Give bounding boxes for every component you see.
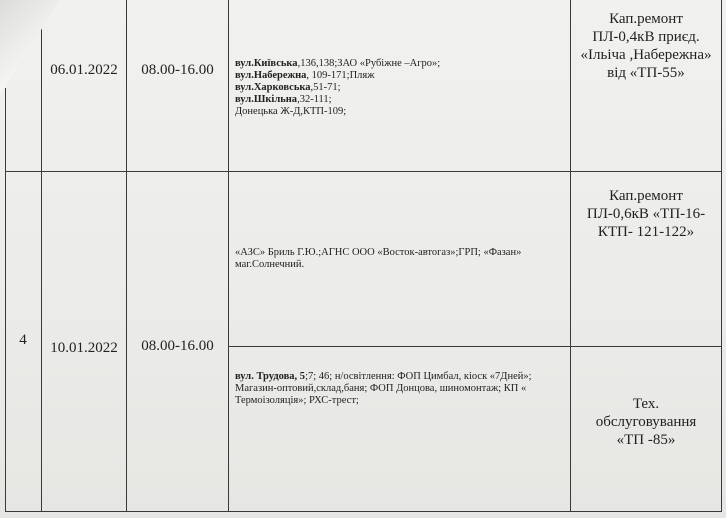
row-1-time: 08.00-16.00	[127, 0, 228, 140]
table-border-right	[721, 0, 722, 512]
work-line: обслуговування	[596, 413, 697, 431]
work-line: ПЛ-0,6кВ «ТП-16-	[587, 205, 705, 223]
address-line: вул. Трудова, 5;7; 46; н/освітлення: ФОП…	[235, 371, 532, 383]
row-1-work-description: Кап.ремонт ПЛ-0,4кВ приєд. «Ільіча ,Набе…	[571, 0, 721, 92]
work-line: ПЛ-0,4кВ приєд.	[581, 28, 712, 46]
row-2b-work-description: Тех. обслуговування «ТП -85»	[571, 390, 721, 454]
row-2-time: 08.00-16.00	[127, 326, 228, 366]
subrow-divider	[228, 346, 722, 347]
work-line: Кап.ремонт	[581, 10, 712, 28]
work-line: Кап.ремонт	[587, 187, 705, 205]
col-divider-date	[126, 0, 127, 512]
row-2a-addresses: «АЗС» Бриль Г.Ю.;АГНС ООО «Восток-автога…	[229, 172, 570, 346]
col-divider-number	[41, 25, 42, 512]
address-line: вул.Харковська,51-71;	[235, 82, 440, 94]
address-line: «АЗС» Бриль Г.Ю.;АГНС ООО «Восток-автога…	[235, 247, 521, 259]
address-line: Донецька Ж-Д,КТП-109;	[235, 106, 440, 118]
work-line: Тех.	[596, 395, 697, 413]
table-border-left	[5, 88, 6, 512]
row-2b-addresses: вул. Трудова, 5;7; 46; н/освітлення: ФОП…	[229, 347, 570, 511]
row-2-number: 4	[8, 320, 38, 360]
row-divider	[5, 171, 722, 172]
table-border-bottom	[5, 511, 722, 512]
work-line: «ТП -85»	[596, 431, 697, 449]
address-line: маг.Солнечний.	[235, 259, 521, 271]
row-2-date: 10.01.2022	[42, 328, 126, 368]
address-line: Магазин-оптовий,склад,баня; ФОП Донцова,…	[235, 383, 532, 395]
col-divider-address	[570, 0, 571, 512]
work-line: від «ТП-55»	[581, 64, 712, 82]
address-line: вул.Київська,136,138;ЗАО «Рубіжне –Агро»…	[235, 58, 440, 70]
address-line: вул.Шкільна,32-111;	[235, 94, 440, 106]
work-line: КТП- 121-122»	[587, 223, 705, 241]
row-1-addresses: вул.Київська,136,138;ЗАО «Рубіжне –Агро»…	[229, 0, 570, 176]
work-line: «Ільіча ,Набережна»	[581, 46, 712, 64]
scanned-page: 06.01.2022 08.00-16.00 вул.Київська,136,…	[0, 0, 726, 518]
address-line: Термоізоляція»; РХС-трест;	[235, 395, 532, 407]
address-line: вул.Набережна, 109-171;Пляж	[235, 70, 440, 82]
row-2a-work-description: Кап.ремонт ПЛ-0,6кВ «ТП-16- КТП- 121-122…	[571, 182, 721, 246]
row-1-date: 06.01.2022	[42, 0, 126, 140]
col-divider-time	[228, 0, 229, 512]
